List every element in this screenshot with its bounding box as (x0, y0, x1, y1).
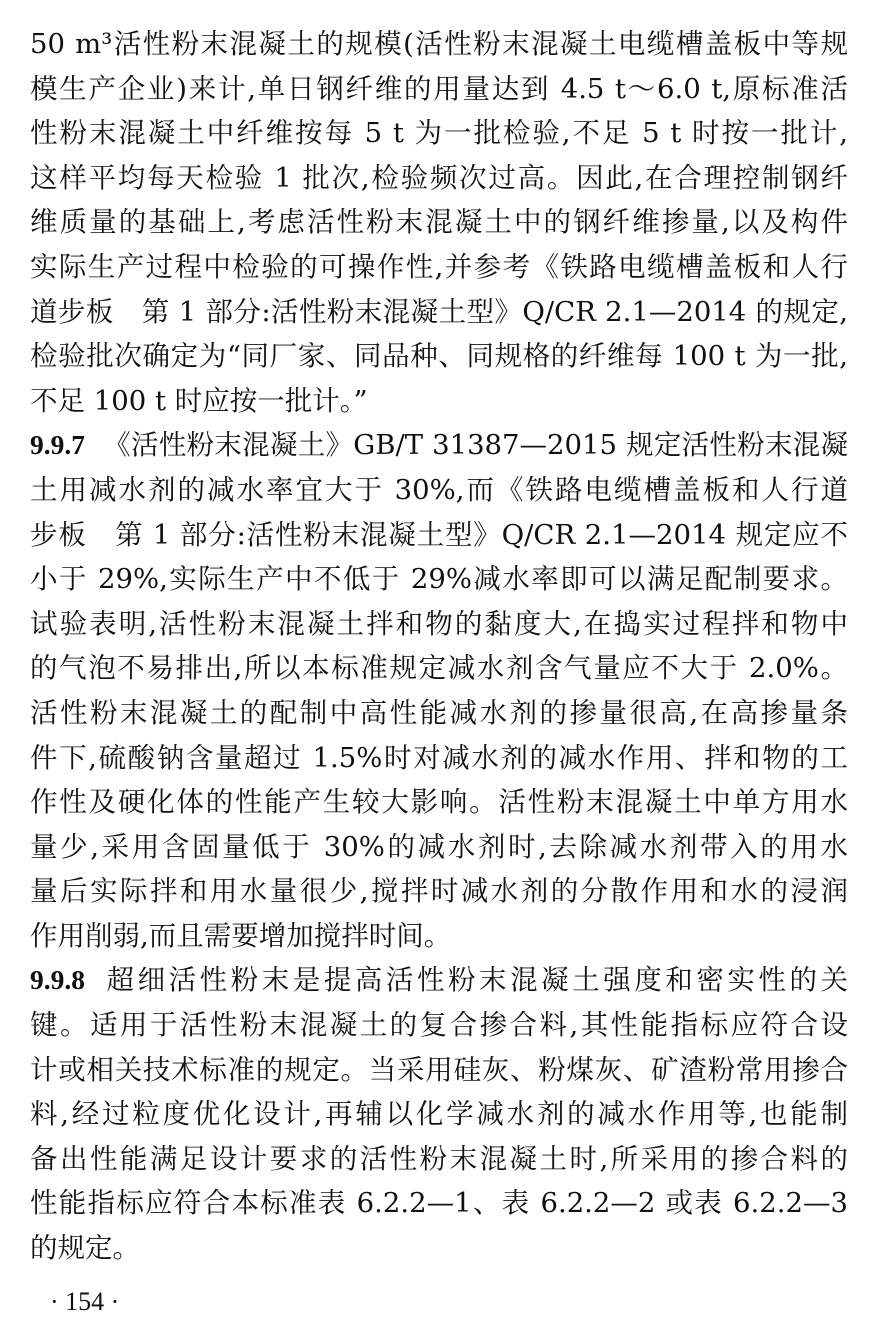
text-span: 《活性粉末混凝土》GB/T 31387—2015 规定活性粉末混凝 (103, 429, 848, 461)
text-line: 维质量的基础上,考虑活性粉末混凝土中的钢纤维掺量,以及构件 (30, 200, 848, 245)
text-line: 性能指标应符合本标准表 6.2.2—1、表 6.2.2—2 或表 6.2.2—3 (30, 1181, 848, 1226)
text-line: 试验表明,活性粉末混凝土拌和物的黏度大,在捣实过程拌和物中 (30, 602, 848, 647)
page-number: · 154 · (50, 1282, 119, 1322)
text-line: 这样平均每天检验 1 批次,检验频次过高。因此,在合理控制钢纤 (30, 156, 848, 201)
text-line: 实际生产过程中检验的可操作性,并参考《铁路电缆槽盖板和人行 (30, 245, 848, 290)
text-span: 超细活性粉末是提高活性粉末混凝土强度和密实性的关 (103, 964, 848, 996)
text-line: 件下,硫酸钠含量超过 1.5%时对减水剂的减水作用、拌和物的工 (30, 736, 848, 781)
text-line: 键。适用于活性粉末混凝土的复合掺合料,其性能指标应符合设 (30, 1003, 848, 1048)
clause-number: 9.9.7 (30, 429, 85, 460)
document-page: 50 m³活性粉末混凝土的规模(活性粉末混凝土电缆槽盖板中等规 模生产企业)来计… (30, 22, 848, 1271)
text-line: 量少,采用含固量低于 30%的减水剂时,去除减水剂带入的用水 (30, 825, 848, 870)
clause-first-line: 9.9.7《活性粉末混凝土》GB/T 31387—2015 规定活性粉末混凝 (30, 423, 848, 468)
text-line: 小于 29%,实际生产中不低于 29%减水率即可以满足配制要求。 (30, 557, 848, 602)
clause-number: 9.9.8 (30, 964, 85, 995)
text-line: 检验批次确定为“同厂家、同品种、同规格的纤维每 100 t 为一批, (30, 334, 848, 379)
text-line: 土用减水剂的减水率宜大于 30%,而《铁路电缆槽盖板和人行道 (30, 468, 848, 513)
text-line: 不足 100 t 时应按一批计。” (30, 379, 848, 424)
text-line: 的规定。 (30, 1226, 848, 1271)
text-line: 备出性能满足设计要求的活性粉末混凝土时,所采用的掺合料的 (30, 1137, 848, 1182)
clause-9-9-7: 9.9.7《活性粉末混凝土》GB/T 31387—2015 规定活性粉末混凝 土… (30, 423, 848, 958)
text-line: 作用削弱,而且需要增加搅拌时间。 (30, 914, 848, 959)
text-line: 性粉末混凝土中纤维按每 5 t 为一批检验,不足 5 t 时按一批计, (30, 111, 848, 156)
text-line: 的气泡不易排出,所以本标准规定减水剂含气量应不大于 2.0%。 (30, 646, 848, 691)
clause-first-line: 9.9.8超细活性粉末是提高活性粉末混凝土强度和密实性的关 (30, 958, 848, 1003)
text-line: 活性粉末混凝土的配制中高性能减水剂的掺量很高,在高掺量条 (30, 691, 848, 736)
text-line: 计或相关技术标准的规定。当采用硅灰、粉煤灰、矿渣粉常用掺合 (30, 1048, 848, 1093)
clause-9-9-8: 9.9.8超细活性粉末是提高活性粉末混凝土强度和密实性的关 键。适用于活性粉末混… (30, 958, 848, 1270)
paragraph-continued: 50 m³活性粉末混凝土的规模(活性粉末混凝土电缆槽盖板中等规 模生产企业)来计… (30, 22, 848, 423)
text-line: 步板 第 1 部分:活性粉末混凝土型》Q/CR 2.1—2014 规定应不 (30, 513, 848, 558)
text-line: 50 m³活性粉末混凝土的规模(活性粉末混凝土电缆槽盖板中等规 (30, 22, 848, 67)
text-line: 作性及硬化体的性能产生较大影响。活性粉末混凝土中单方用水 (30, 780, 848, 825)
text-line: 料,经过粒度优化设计,再辅以化学减水剂的减水作用等,也能制 (30, 1092, 848, 1137)
text-line: 道步板 第 1 部分:活性粉末混凝土型》Q/CR 2.1—2014 的规定, (30, 290, 848, 335)
text-line: 模生产企业)来计,单日钢纤维的用量达到 4.5 t～6.0 t,原标准活 (30, 67, 848, 112)
text-line: 量后实际拌和用水量很少,搅拌时减水剂的分散作用和水的浸润 (30, 869, 848, 914)
